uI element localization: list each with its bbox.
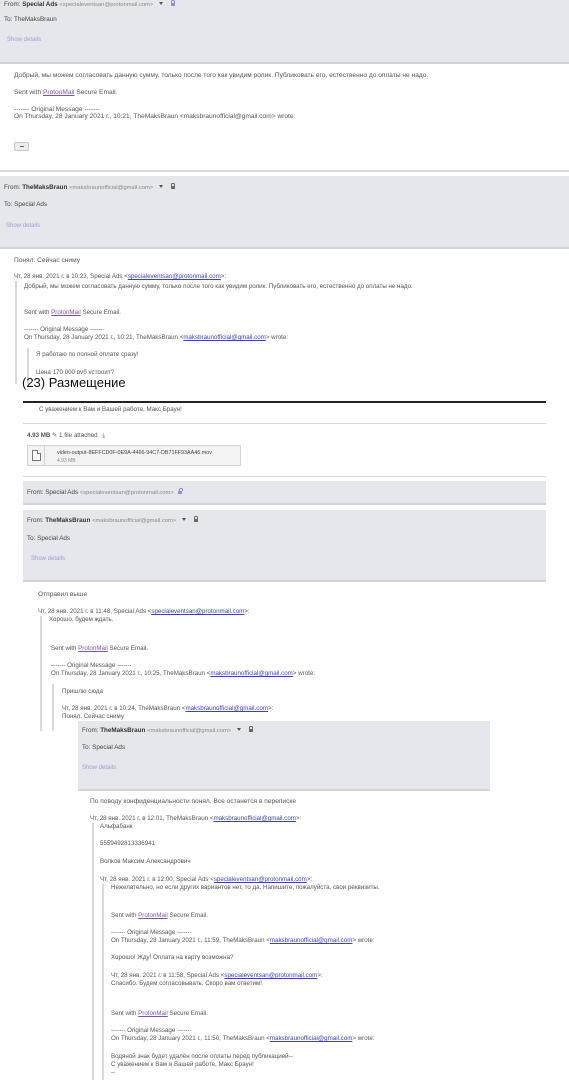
original-message-line: On Thursday, 28 January 2021 г., 11:59, …	[111, 937, 375, 944]
download-icon[interactable]: ⤓	[102, 432, 105, 439]
to-row: To: Special Ads	[27, 535, 70, 542]
page-title: (23) Размещение	[22, 375, 126, 390]
recipient-name[interactable]: Special Ads	[92, 744, 125, 751]
sender-name[interactable]: TheMaksBraun	[100, 727, 145, 734]
file-icon	[32, 450, 41, 461]
quote-intro: Чт, 28 янв. 2021 г. в 12:00, Special Ads…	[100, 876, 312, 883]
show-details-link[interactable]: Show details	[7, 37, 41, 43]
sent-with-line: Sent with ProtonMail Secure Email.	[111, 1010, 208, 1017]
original-message-header: ------- Original Message -------	[111, 1027, 191, 1034]
signature-dashes: --	[111, 1069, 115, 1076]
protonmail-link[interactable]: ProtonMail	[78, 645, 108, 652]
show-details-link[interactable]: Show details	[6, 223, 40, 229]
quoted-body: Добрый, мы можем согласовать данную сумм…	[24, 283, 413, 290]
attachment-card[interactable]: video-output-8EFFCD0F-0E9A-4466-94C7-DB7…	[27, 445, 241, 466]
nested-intro: Чт, 28 янв. 2021 г. в 10:24, TheMaksBrau…	[62, 705, 273, 712]
email-header-2: From: TheMaksBraun <maksbraunofficial@gm…	[0, 176, 569, 249]
nested-quote: Я работаю по полной оплате сразу!	[36, 351, 138, 358]
email-link[interactable]: specialeventsan@protonmail.com	[214, 876, 307, 883]
recipient-name[interactable]: Special Ads	[14, 201, 47, 208]
divider	[0, 170, 569, 172]
show-quoted-text-button[interactable]	[14, 142, 29, 151]
original-message-line: On Thursday, 28 January 2021 г., 10:21, …	[14, 113, 295, 120]
email-header-4[interactable]: From: Special Ads <specialeventsan@proto…	[23, 481, 546, 505]
quoted-message: Спасибо. Будем согласовывать. Скоро вам …	[111, 980, 262, 987]
sender-address: <maksbraunofficial@gmail.com>	[147, 728, 231, 734]
from-row: From: TheMaksBraun <maksbraunofficial@gm…	[82, 727, 253, 734]
show-details-link[interactable]: Show details	[82, 765, 116, 771]
email-link[interactable]: maksbraunofficial@gmail.com	[270, 1035, 353, 1042]
original-message-header: ------- Original Message -------	[14, 106, 100, 113]
sent-with-line: Sent with ProtonMail Secure Email.	[24, 309, 121, 316]
quoted-message: Хорошо! Жду! Оплата на карту возможна?	[111, 954, 233, 961]
lock-icon[interactable]	[171, 3, 175, 6]
watermark-note: Водяной знак будет удалён после оплаты п…	[111, 1053, 293, 1060]
email-body: Понял. Сейчас сниму	[14, 257, 80, 264]
attachments-size: 4.93 MB	[27, 432, 50, 439]
protonmail-link[interactable]: ProtonMail	[138, 1010, 168, 1017]
divider	[23, 476, 546, 477]
chevron-down-icon[interactable]	[159, 185, 163, 188]
signature: С уважением к Вам и Вашей работе, Макс Б…	[39, 406, 182, 413]
email-link[interactable]: specialeventsan@protonmail.com	[128, 273, 221, 280]
sent-with-line: Sent with ProtonMail Secure Email.	[51, 645, 148, 652]
lock-icon[interactable]	[171, 186, 175, 189]
original-message-header: ------- Original Message -------	[111, 929, 191, 936]
recipient-name[interactable]: Special Ads	[37, 535, 70, 542]
attachments-summary: 4.93 MB ✎ 1 file attached ⤓	[27, 432, 105, 440]
from-row: From: Special Ads <specialeventsan@proto…	[27, 489, 182, 496]
email-body: Добрый, мы можем согласовать данную сумм…	[14, 72, 428, 79]
from-row: From: TheMaksBraun <maksbraunofficial@gm…	[4, 184, 175, 191]
chevron-down-icon[interactable]	[237, 728, 241, 731]
email-link[interactable]: maksbraunofficial@gmail.com	[270, 937, 353, 944]
email-link[interactable]: maksbraunofficial@gmail.com	[183, 334, 266, 341]
from-row: From: TheMaksBraun <maksbraunofficial@gm…	[27, 517, 198, 524]
nested-body: Пришлю сюда	[62, 688, 103, 695]
quoted-body: Нежелательно, но если других вариантов н…	[111, 884, 380, 891]
recipient-name[interactable]: TheMaksBraun	[14, 16, 57, 23]
sender-address: <specialeventsan@protonmail.com>	[80, 490, 174, 496]
quote-border	[52, 684, 54, 731]
original-message-header: ------- Original Message -------	[24, 326, 104, 333]
sender-name[interactable]: Special Ads	[45, 489, 78, 496]
email-header-6: From: TheMaksBraun <maksbraunofficial@gm…	[78, 721, 490, 791]
protonmail-link[interactable]: ProtonMail	[51, 309, 81, 316]
original-message-header: ------- Original Message -------	[51, 662, 131, 669]
email-link[interactable]: maksbraunofficial@gmail.com	[213, 815, 296, 822]
to-row: To: Special Ads	[4, 201, 47, 208]
nested-quote-cut: Цена 170 000 руб устроит?	[36, 369, 114, 374]
sent-with-line: Sent with ProtonMail Secure Email.	[14, 89, 117, 96]
protonmail-link[interactable]: ProtonMail	[43, 89, 75, 96]
from-row: From: Special Ads <specialeventsan@proto…	[4, 1, 175, 8]
to-row: To: Special Ads	[82, 744, 125, 751]
show-details-link[interactable]: Show details	[31, 556, 65, 562]
original-message-line: On Thursday, 28 January 2021 г., 10:21, …	[24, 334, 288, 341]
quote-intro: Чт, 28 янв. 2021 г. в 11:48, Special Ads…	[38, 608, 250, 615]
sender-address: <maksbraunofficial@gmail.com>	[69, 185, 153, 191]
file-size: 4.93 MB	[57, 458, 76, 464]
sender-name[interactable]: Special Ads	[22, 1, 57, 8]
sender-address: <specialeventsan@protonmail.com>	[59, 2, 153, 8]
paperclip-icon: ✎	[52, 432, 57, 439]
recipient-full-name: Волков Максим Александрович	[100, 858, 191, 865]
file-name: video-output-8EFFCD0F-0E9A-4466-94C7-DB7…	[57, 450, 212, 456]
email-link[interactable]: maksbraunofficial@gmail.com	[185, 705, 268, 712]
quote-intro: Чт, 28 янв. 2021 г. в 11:58, Special Ads…	[111, 972, 323, 979]
email-header-1: From: Special Ads <specialeventsan@proto…	[0, 0, 569, 64]
email-link[interactable]: maksbraunofficial@gmail.com	[210, 670, 293, 677]
quote-border	[102, 884, 104, 1080]
lock-icon[interactable]	[249, 729, 253, 732]
to-row: To: TheMaksBraun	[4, 16, 57, 23]
email-link[interactable]: specialeventsan@protonmail.com	[224, 972, 317, 979]
quote-border	[40, 616, 42, 731]
quote-intro: Чт, 28 янв. 2021 г. в 12:01, TheMaksBrau…	[90, 815, 301, 822]
divider	[23, 423, 546, 424]
original-message-line: On Thursday, 28 January 2021 г., 11:50, …	[111, 1035, 375, 1042]
nested-quote: Понял. Сейчас сниму	[62, 713, 124, 720]
email-link[interactable]: specialeventsan@protonmail.com	[151, 608, 244, 615]
signature: С уважением к Вам и Вашей работе, Макс Б…	[111, 1061, 254, 1068]
sent-with-line: Sent with ProtonMail Secure Email.	[111, 912, 208, 919]
chevron-down-icon[interactable]	[182, 518, 186, 521]
title-underline	[23, 401, 546, 403]
email-header-5: From: TheMaksBraun <maksbraunofficial@gm…	[23, 510, 546, 582]
protonmail-link[interactable]: ProtonMail	[138, 912, 168, 919]
original-message-line: On Thursday, 28 January 2021 г., 10:25, …	[51, 670, 315, 677]
quote-border	[15, 281, 17, 384]
quote-intro: Чт, 28 янв. 2021 г. в 10:23, Special Ads…	[14, 273, 226, 280]
email-body: Отправил выше	[38, 591, 87, 598]
email-body: По поводу конфиденциальности понял. Все …	[90, 798, 296, 805]
chevron-down-icon[interactable]	[159, 2, 163, 5]
sender-address: <maksbraunofficial@gmail.com>	[92, 518, 176, 524]
bank-name: Альфабанк	[100, 823, 132, 830]
quote-border	[92, 823, 94, 1080]
sender-name[interactable]: TheMaksBraun	[45, 517, 90, 524]
lock-icon[interactable]	[178, 491, 182, 494]
lock-icon[interactable]	[194, 519, 198, 522]
card-number: 5559492813336941	[100, 840, 155, 847]
quoted-body: Хорошо, будем ждать.	[49, 616, 113, 623]
sender-name[interactable]: TheMaksBraun	[22, 184, 67, 191]
